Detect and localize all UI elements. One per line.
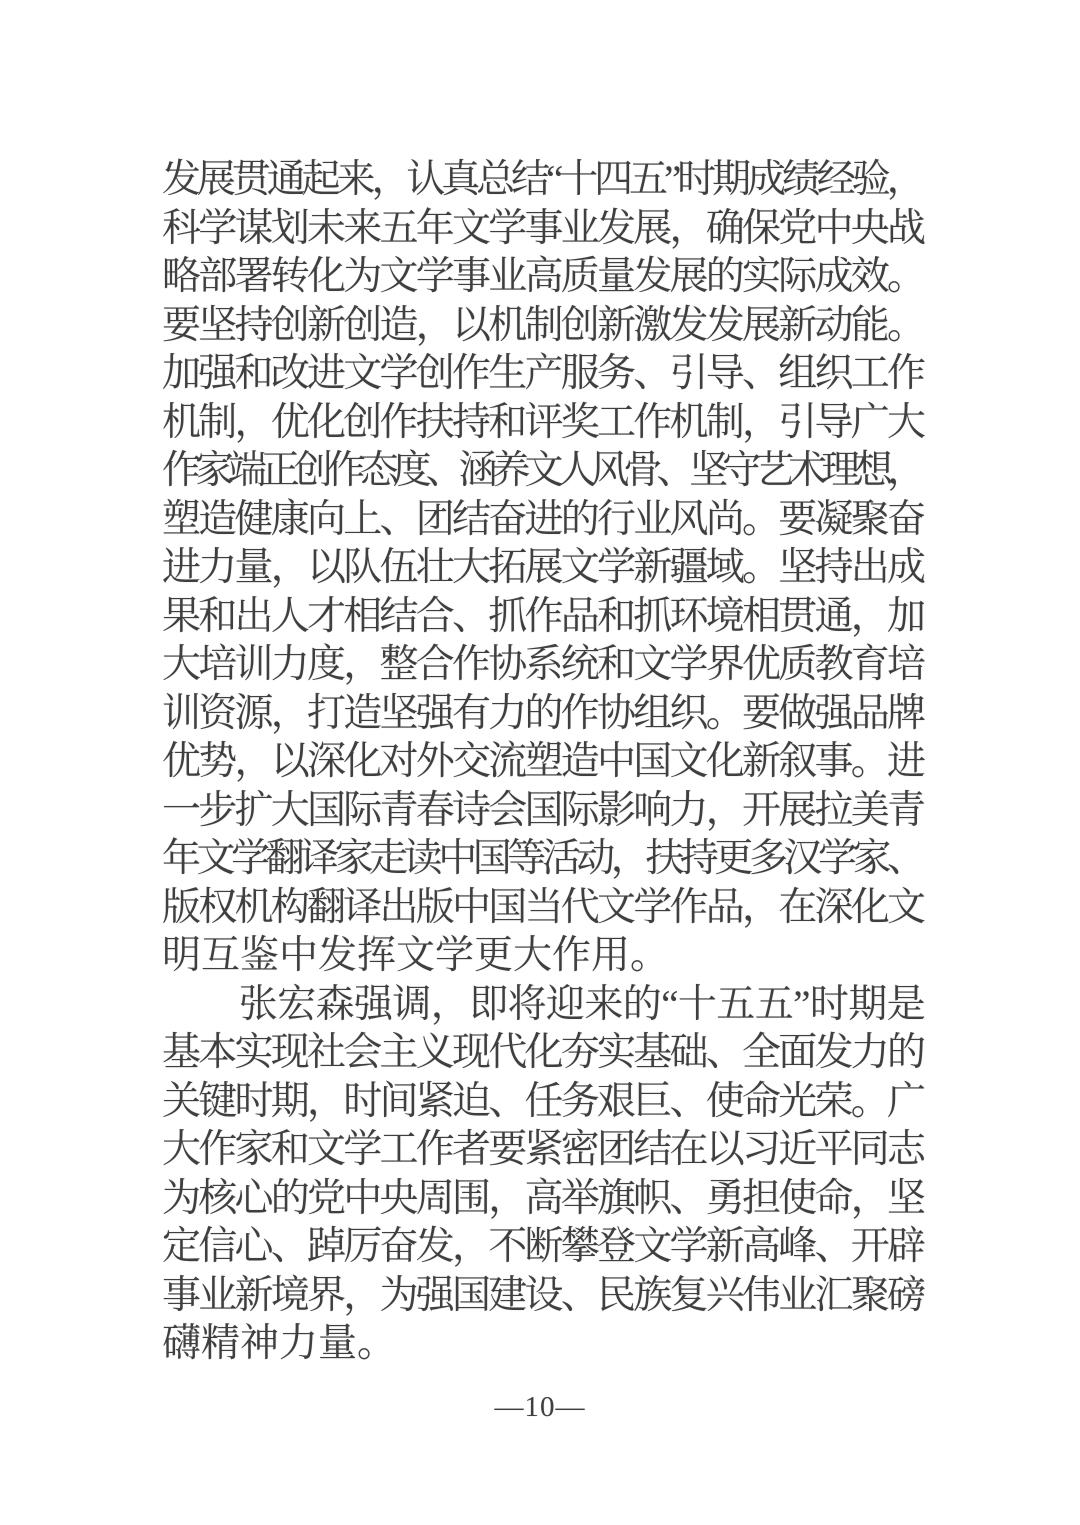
text-line: 张宏森强调，即将迎来的“十五五”时期是 <box>162 981 926 1030</box>
text-line-content: 进力量，以队伍壮大拓展文学新疆域。坚持出成 <box>162 546 923 589</box>
text-line: 大作家和文学工作者要紧密团结在以习近平同志 <box>162 1126 926 1175</box>
text-line-content: 科学谋划未来五年文学事业发展，确保党中央战 <box>162 207 923 250</box>
text-line-content: 明互鉴中发挥文学更大作用。 <box>162 934 669 977</box>
text-line: 为核心的党中央周围，高举旗帜、勇担使命，坚 <box>162 1175 926 1224</box>
text-line-content: 事业新境界，为强国建设、民族复兴伟业汇聚磅 <box>162 1274 923 1317</box>
text-line-content: 一步扩大国际青春诗会国际影响力，开展拉美青 <box>162 789 923 832</box>
text-line-content: 优势，以深化对外交流塑造中国文化新叙事。进 <box>162 740 923 783</box>
document-page: 发展贯通起来，认真总结“十四五”时期成绩经验，科学谋划未来五年文学事业发展，确保… <box>0 0 1080 1525</box>
text-line: 大培训力度，整合作协系统和文学界优质教育培 <box>162 641 926 690</box>
text-line: 明互鉴中发挥文学更大作用。 <box>162 932 926 981</box>
text-line-content: 要坚持创新创造，以机制创新激发发展新动能。 <box>162 304 923 347</box>
text-line: 作家端正创作态度、涵养文人风骨、坚守艺术理想， <box>162 447 926 496</box>
text-line: 基本实现社会主义现代化夯实基础、全面发力的 <box>162 1029 926 1078</box>
text-line: 版权机构翻译出版中国当代文学作品，在深化文 <box>162 884 926 933</box>
text-line-content: 果和出人才相结合、抓作品和抓环境相贯通，加 <box>162 595 923 638</box>
text-line-content: 基本实现社会主义现代化夯实基础、全面发力的 <box>162 1031 923 1074</box>
text-line: 进力量，以队伍壮大拓展文学新疆域。坚持出成 <box>162 544 926 593</box>
document-body-text: 发展贯通起来，认真总结“十四五”时期成绩经验，科学谋划未来五年文学事业发展，确保… <box>162 156 926 1369</box>
text-line: 训资源，打造坚强有力的作协组织。要做强品牌 <box>162 690 926 739</box>
text-line-content: 关键时期，时间紧迫、任务艰巨、使命光荣。广 <box>162 1080 923 1123</box>
text-line: 科学谋划未来五年文学事业发展，确保党中央战 <box>162 205 926 254</box>
text-line: 关键时期，时间紧迫、任务艰巨、使命光荣。广 <box>162 1078 926 1127</box>
text-line-content: 为核心的党中央周围，高举旗帜、勇担使命，坚 <box>162 1177 923 1220</box>
text-line-content: 发展贯通起来，认真总结“十四五”时期成绩经验， <box>162 158 922 201</box>
text-line: 加强和改进文学创作生产服务、引导、组织工作 <box>162 350 926 399</box>
text-line-content: 训资源，打造坚强有力的作协组织。要做强品牌 <box>162 692 923 735</box>
text-line: 发展贯通起来，认真总结“十四五”时期成绩经验， <box>162 156 926 205</box>
text-line-content: 大作家和文学工作者要紧密团结在以习近平同志 <box>162 1128 923 1171</box>
text-line: 礴精神力量。 <box>162 1320 926 1369</box>
text-line-content: 机制，优化创作扶持和评奖工作机制，引导广大 <box>162 401 923 444</box>
text-line: 定信心、踔厉奋发，不断攀登文学新高峰、开辟 <box>162 1223 926 1272</box>
text-line-content: 作家端正创作态度、涵养文人风骨、坚守艺术理想， <box>162 449 920 492</box>
text-line: 事业新境界，为强国建设、民族复兴伟业汇聚磅 <box>162 1272 926 1321</box>
text-line: 略部署转化为文学事业高质量发展的实际成效。 <box>162 253 926 302</box>
text-line-content: 礴精神力量。 <box>162 1322 396 1365</box>
page-number: —10— <box>0 1390 1080 1424</box>
text-line: 果和出人才相结合、抓作品和抓环境相贯通，加 <box>162 593 926 642</box>
text-line-content: 年文学翻译家走读中国等活动，扶持更多汉学家、 <box>162 837 922 880</box>
text-line-content: 略部署转化为文学事业高质量发展的实际成效。 <box>162 255 923 298</box>
text-line: 优势，以深化对外交流塑造中国文化新叙事。进 <box>162 738 926 787</box>
text-line-content: 版权机构翻译出版中国当代文学作品，在深化文 <box>162 886 923 929</box>
text-line: 年文学翻译家走读中国等活动，扶持更多汉学家、 <box>162 835 926 884</box>
text-line: 一步扩大国际青春诗会国际影响力，开展拉美青 <box>162 787 926 836</box>
text-line: 塑造健康向上、团结奋进的行业风尚。要凝聚奋 <box>162 496 926 545</box>
text-line: 要坚持创新创造，以机制创新激发发展新动能。 <box>162 302 926 351</box>
text-line-content: 塑造健康向上、团结奋进的行业风尚。要凝聚奋 <box>162 498 923 541</box>
text-line-content: 张宏森强调，即将迎来的“十五五”时期是 <box>162 983 925 1026</box>
text-line-content: 加强和改进文学创作生产服务、引导、组织工作 <box>162 352 923 395</box>
text-line: 机制，优化创作扶持和评奖工作机制，引导广大 <box>162 399 926 448</box>
text-line-content: 定信心、踔厉奋发，不断攀登文学新高峰、开辟 <box>162 1225 923 1268</box>
text-line-content: 大培训力度，整合作协系统和文学界优质教育培 <box>162 643 923 686</box>
